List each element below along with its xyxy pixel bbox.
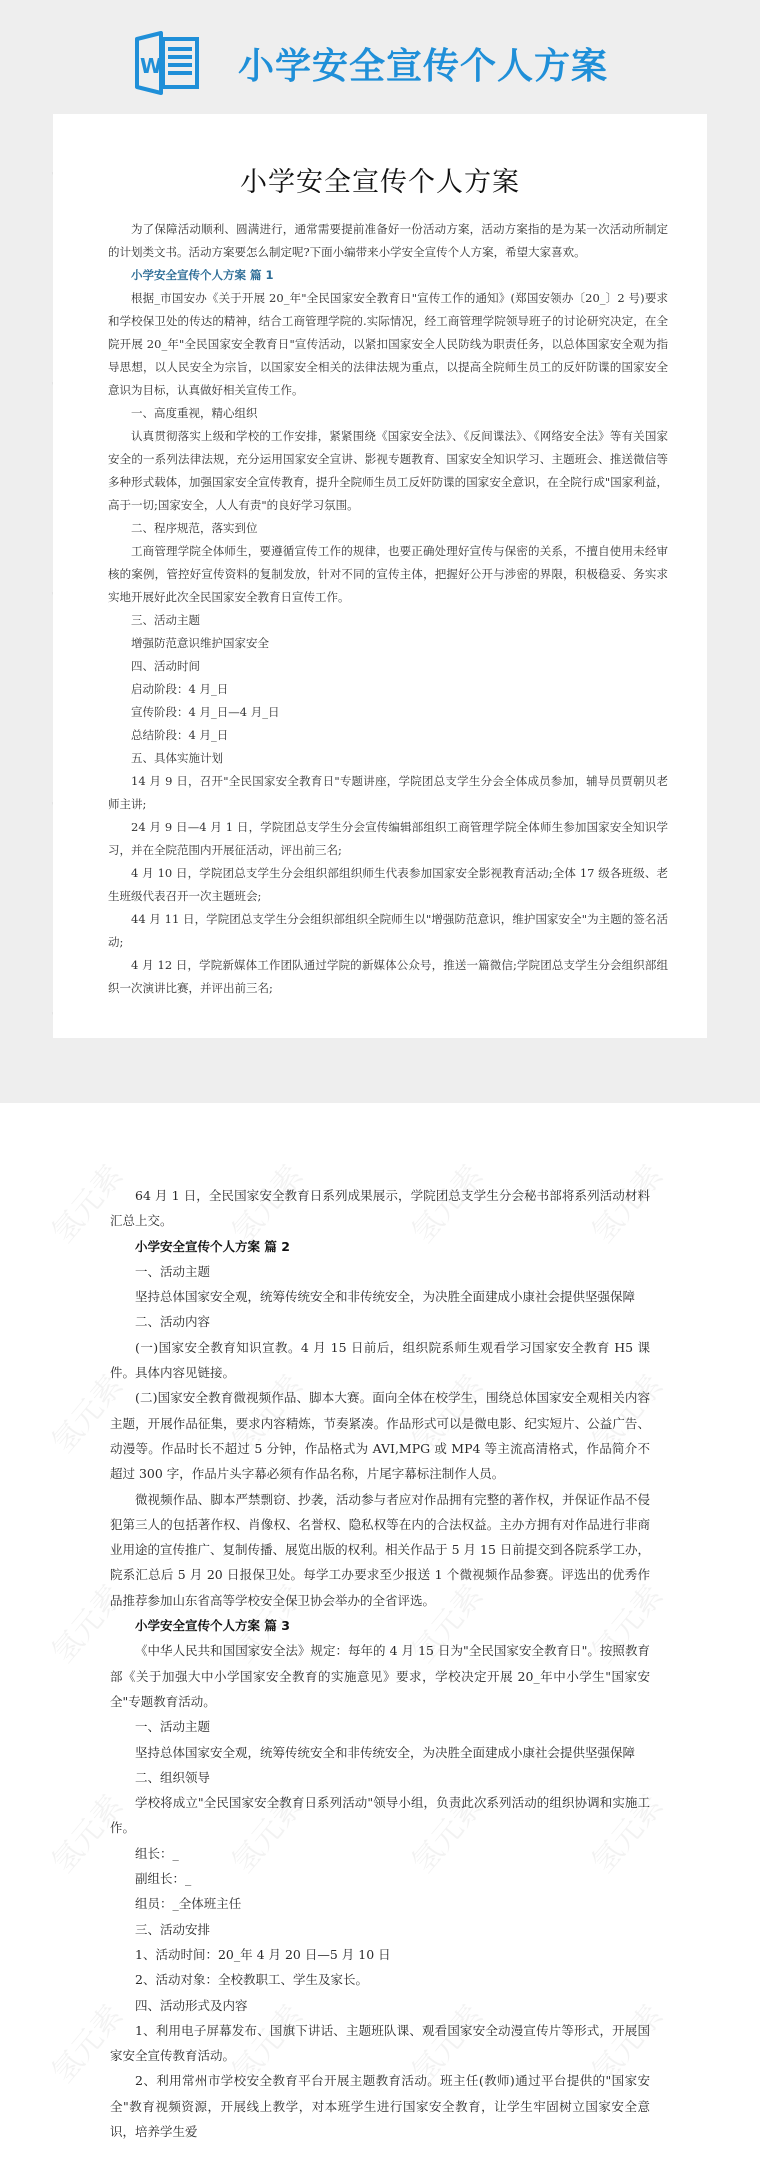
text-line: 一、高度重视，精心组织: [108, 402, 668, 425]
text-line: 二、组织领导: [110, 1765, 650, 1790]
text-line: 坚持总体国家安全观，统筹传统安全和非传统安全，为决胜全面建成小康社会提供坚强保障: [110, 1284, 650, 1309]
section-heading: 小学安全宣传个人方案 篇 2: [110, 1234, 650, 1259]
paragraph: 64 月 1 日，全民国家安全教育日系列成果展示，学院团总支学生分会秘书部将系列…: [110, 1183, 650, 1234]
page-1-body: 为了保障活动顺利、圆满进行，通常需要提前准备好一份活动方案，活动方案指的是为某一…: [108, 218, 668, 1000]
paragraph: 44 月 11 日，学院团总支学生分会组织部组织全院师生以"增强防范意识，维护国…: [108, 908, 668, 954]
text-line: 五、具体实施计划: [108, 747, 668, 770]
paragraph: 根据_市国安办《关于开展 20_年"全民国家安全教育日"宣传工作的通知》(郑国安…: [108, 287, 668, 402]
word-document-icon: W: [134, 31, 200, 95]
banner-title: 小学安全宣传个人方案: [238, 38, 608, 89]
text-line: 三、活动主题: [108, 609, 668, 632]
document-page-2: 64 月 1 日，全民国家安全教育日系列成果展示，学院团总支学生分会秘书部将系列…: [110, 1183, 650, 2144]
document-banner: W 小学安全宣传个人方案: [134, 28, 608, 98]
text-line: 二、程序规范，落实到位: [108, 517, 668, 540]
text-line: 学校将成立"全民国家安全教育日系列活动"领导小组，负责此次系列活动的组织协调和实…: [110, 1790, 650, 1841]
paragraph: (二)国家安全教育微视频作品、脚本大赛。面向全体在校学生，围绕总体国家安全观相关…: [110, 1385, 650, 1486]
page-1-content: 根据_市国安办《关于开展 20_年"全民国家安全教育日"宣传工作的通知》(郑国安…: [108, 287, 668, 1000]
text-line: 一、活动主题: [110, 1259, 650, 1284]
paragraph: (一)国家安全教育知识宣教。4 月 15 日前后，组织院系师生观看学习国家安全教…: [110, 1335, 650, 1386]
section-heading: 小学安全宣传个人方案 篇 3: [110, 1613, 650, 1638]
paragraph: 认真贯彻落实上级和学校的工作安排，紧紧围绕《国家安全法》、《反间谍法》、《网络安…: [108, 425, 668, 517]
text-line: 三、活动安排: [110, 1917, 650, 1942]
page-2-content: 64 月 1 日，全民国家安全教育日系列成果展示，学院团总支学生分会秘书部将系列…: [110, 1183, 650, 2144]
paragraph: 微视频作品、脚本严禁剽窃、抄袭，活动参与者应对作品拥有完整的著作权，并保证作品不…: [110, 1487, 650, 1613]
svg-text:W: W: [140, 54, 162, 78]
text-line: 1、活动时间：20_年 4 月 20 日—5 月 10 日: [110, 1942, 650, 1967]
paragraph: 1、利用电子屏幕发布、国旗下讲话、主题班队课、观看国家安全动漫宣传片等形式，开展…: [110, 2018, 650, 2069]
text-line: 宣传阶段：4 月_日—4 月_日: [108, 701, 668, 724]
document-page-1: 小学安全宣传个人方案 为了保障活动顺利、圆满进行，通常需要提前准备好一份活动方案…: [53, 114, 707, 1038]
section-heading-1: 小学安全宣传个人方案 篇 1: [108, 264, 668, 287]
text-line: 组员：_全体班主任: [110, 1891, 650, 1916]
paragraph: 《中华人民共和国国家安全法》规定：每年的 4 月 15 日为"全民国家安全教育日…: [110, 1638, 650, 1714]
intro-paragraph: 为了保障活动顺利、圆满进行，通常需要提前准备好一份活动方案，活动方案指的是为某一…: [108, 218, 668, 264]
paragraph: 14 月 9 日，召开"全民国家安全教育日"专题讲座，学院团总支学生分会全体成员…: [108, 770, 668, 816]
text-line: 副组长：_: [110, 1866, 650, 1891]
text-line: 组长：_: [110, 1841, 650, 1866]
paragraph: 24 月 9 日—4 月 1 日，学院团总支学生分会宣传编辑部组织工商管理学院全…: [108, 816, 668, 862]
text-line: 四、活动时间: [108, 655, 668, 678]
text-line: 2、活动对象：全校教职工、学生及家长。: [110, 1967, 650, 1992]
paragraph: 4 月 12 日，学院新媒体工作团队通过学院的新媒体公众号，推送一篇微信;学院团…: [108, 954, 668, 1000]
text-line: 坚持总体国家安全观，统筹传统安全和非传统安全，为决胜全面建成小康社会提供坚强保障: [110, 1740, 650, 1765]
text-line: 启动阶段：4 月_日: [108, 678, 668, 701]
text-line: 一、活动主题: [110, 1714, 650, 1739]
paragraph: 工商管理学院全体师生，要遵循宣传工作的规律，也要正确处理好宣传与保密的关系，不擅…: [108, 540, 668, 609]
paragraph: 4 月 10 日，学院团总支学生分会组织部组织师生代表参加国家安全影视教育活动;…: [108, 862, 668, 908]
text-line: 四、活动形式及内容: [110, 1993, 650, 2018]
document-title: 小学安全宣传个人方案: [53, 160, 707, 199]
text-line: 增强防范意识维护国家安全: [108, 632, 668, 655]
text-line: 总结阶段：4 月_日: [108, 724, 668, 747]
text-line: 二、活动内容: [110, 1309, 650, 1334]
paragraph: 2、利用常州市学校安全教育平台开展主题教育活动。班主任(教师)通过平台提供的"国…: [110, 2068, 650, 2144]
